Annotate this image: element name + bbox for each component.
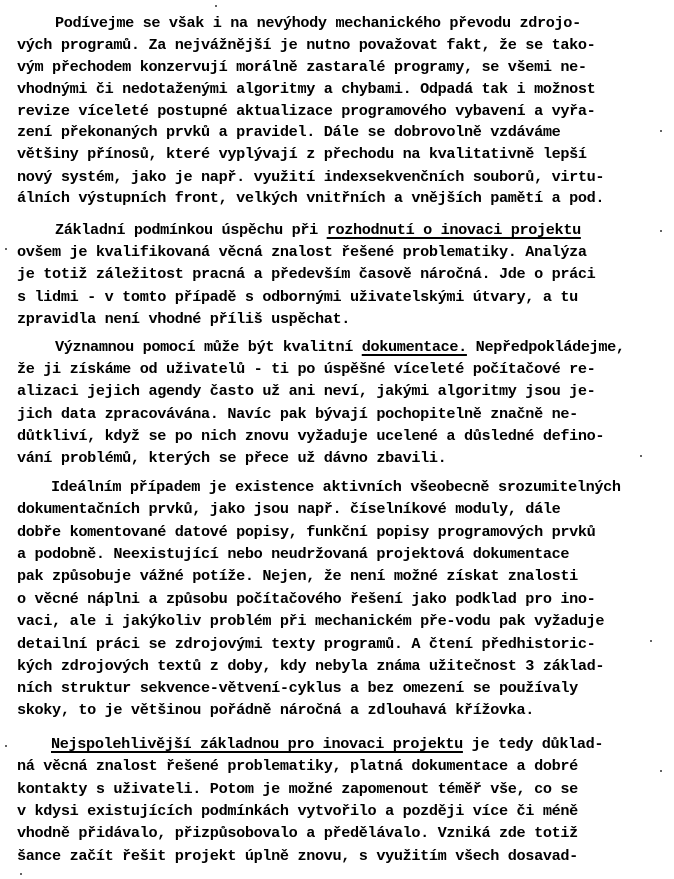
- text-line: alizaci jejich agendy často už ani neví,…: [17, 381, 595, 401]
- text-line: důtkliví, když se po nich znovu vyžaduje…: [17, 426, 604, 446]
- underlined-phrase: dokumentace.: [362, 338, 467, 356]
- scan-speck: [660, 770, 662, 772]
- underlined-phrase: Nejspolehlivější základnou pro inovaci p…: [51, 735, 463, 753]
- text-line: ná věcná znalost řešené problematiky, pl…: [17, 756, 578, 776]
- scan-speck: [650, 640, 652, 642]
- text-line: je totiž záležitost pracná a především č…: [17, 264, 595, 284]
- scan-speck: [660, 130, 662, 132]
- text-line: v kdysi existujících podmínkách vytvořil…: [17, 801, 578, 821]
- text-line: álních výstupních front, velkých vnitřní…: [17, 188, 604, 208]
- text-line: pak způsobuje vážné potíže. Nejen, že ne…: [17, 566, 578, 586]
- text-line: vání problémů, kterých se přece už dávno…: [17, 448, 446, 468]
- text-line: že ji získáme od uživatelů - ti po úspěš…: [17, 359, 595, 379]
- text-line: vhodně přidávalo, přizpůsobovalo a předě…: [17, 823, 578, 843]
- text-line: vhodnými či nedotaženými algoritmy a chy…: [17, 79, 595, 99]
- text-line: nový systém, jako je např. využití index…: [17, 167, 604, 187]
- scan-speck: [5, 248, 7, 250]
- text-line: a podobně. Neexistující nebo neudržovaná…: [17, 544, 569, 564]
- text-run: Významnou pomocí může být kvalitní: [55, 338, 362, 356]
- text-line: revize víceleté postupné aktualizace pro…: [17, 101, 595, 121]
- text-line: Základní podmínkou úspěchu při rozhodnut…: [55, 220, 581, 240]
- text-line: dobře komentované datové popisy, funkční…: [17, 522, 595, 542]
- scan-speck: [5, 745, 7, 747]
- text-line: šance začít řešit projekt úplně znovu, s…: [17, 846, 578, 866]
- text-line: ovšem je kvalifikovaná věcná znalost řeš…: [17, 242, 587, 262]
- text-line: většiny přínosů, které vyplývají z přech…: [17, 144, 587, 164]
- text-line: vaci, ale i jakýkoliv problém při mechan…: [17, 611, 604, 631]
- text-line: kých zdrojových textů z doby, kdy nebyla…: [17, 656, 604, 676]
- text-line: o věcné náplni a způsobu počítačového ře…: [17, 589, 595, 609]
- text-line: Ideálním případem je existence aktivních…: [51, 477, 621, 497]
- text-run: Základní podmínkou úspěchu při: [55, 221, 327, 239]
- text-line: detailní práci se zdrojovými texty progr…: [17, 634, 595, 654]
- scan-speck: [215, 5, 217, 7]
- text-line: jich data zpracovávána. Navíc pak bývají…: [17, 404, 578, 424]
- text-line: Významnou pomocí může být kvalitní dokum…: [55, 337, 625, 357]
- underlined-phrase: rozhodnutí o inovaci projektu: [327, 221, 581, 239]
- typewritten-page: Podívejme se však i na nevýhody mechanic…: [0, 0, 674, 879]
- text-line: ních struktur sekvence-větvení-cyklus a …: [17, 678, 578, 698]
- text-line: zení překonaných prvků a pravidel. Dále …: [17, 122, 560, 142]
- text-line: s lidmi - v tomto případě s odbornými už…: [17, 287, 578, 307]
- text-line: skoky, to je většinou pořádně náročná a …: [17, 700, 534, 720]
- scan-speck: [660, 230, 662, 232]
- text-line: vým přechodem konzervují morálně zastara…: [17, 57, 587, 77]
- scan-speck: [640, 455, 642, 457]
- text-line: Nejspolehlivější základnou pro inovaci p…: [51, 734, 603, 754]
- text-line: Podívejme se však i na nevýhody mechanic…: [55, 13, 581, 33]
- text-line: dokumentačních prvků, jako jsou např. čí…: [17, 499, 560, 519]
- text-run: je tedy důklad-: [463, 735, 603, 753]
- text-line: kontakty s uživateli. Potom je možné zap…: [17, 779, 578, 799]
- text-run: Nepředpokládejme,: [467, 338, 625, 356]
- scan-speck: [20, 873, 22, 875]
- text-line: vých programů. Za nejvážnější je nutno p…: [17, 35, 595, 55]
- text-line: zpravidla není vhodné příliš uspěchat.: [17, 309, 350, 329]
